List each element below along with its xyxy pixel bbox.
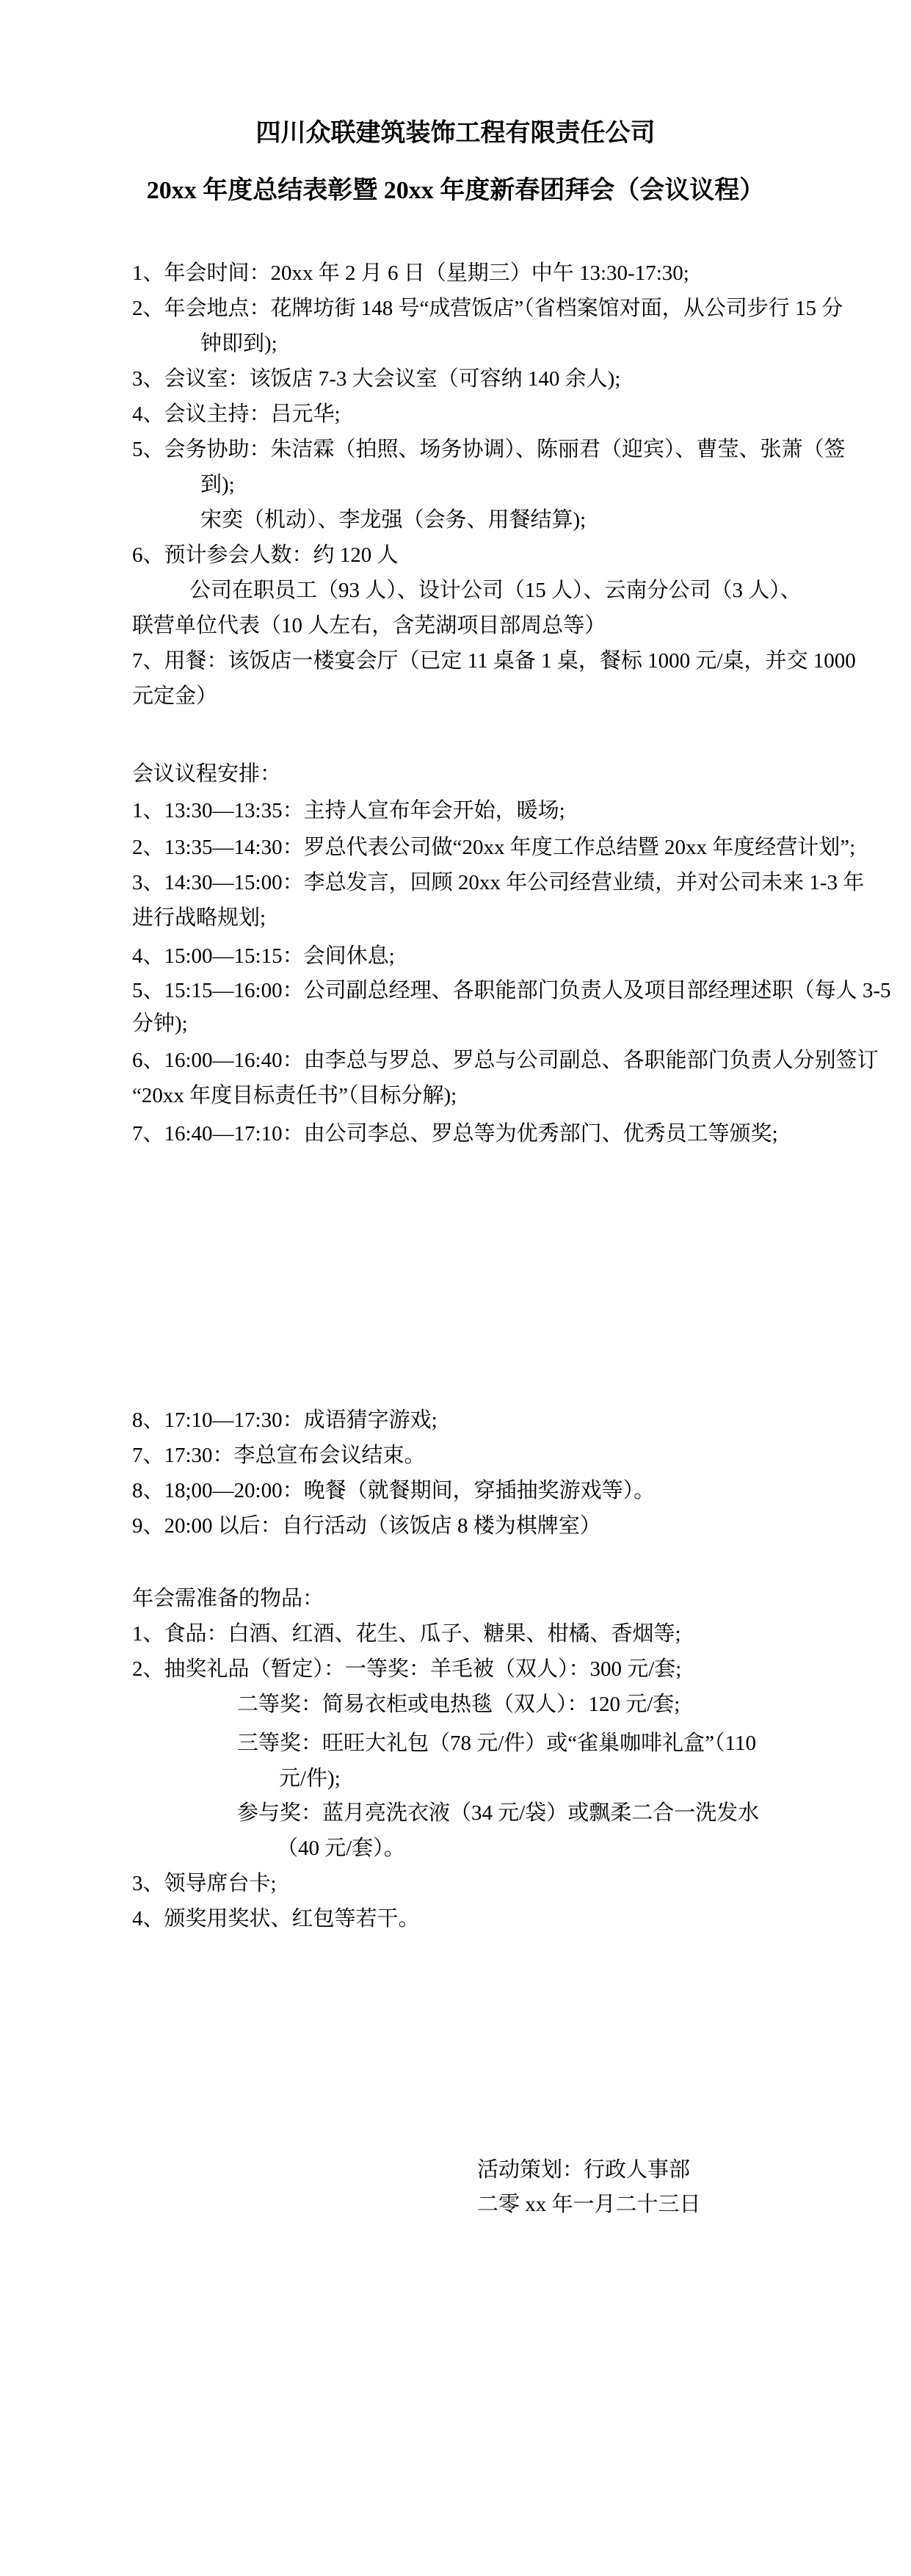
supplies-line: 2、抽奖礼品（暂定）：一等奖：羊毛被（双人）：300 元/套; [132,1656,681,1682]
agenda-line: 进行战略规划; [132,905,266,931]
agenda-line: 5、15:15—16:00：公司副总经理、各职能部门负责人及项目部经理述职（每人… [132,977,891,1004]
basic-info-line: 3、会议室：该饭店 7-3 大会议室（可容纳 140 余人); [132,366,620,392]
basic-info-line: 宋奕（机动）、李龙强（会务、用餐结算); [200,507,586,533]
agenda-line: 8、17:10—17:30：成语猜字游戏; [132,1407,438,1433]
footer-planner: 活动策划：行政人事部 [477,2157,690,2183]
agenda-line: 4、15:00—15:15：会间休息; [132,943,395,969]
agenda-line: 8、18;00—20:00：晚餐（就餐期间，穿插抽奖游戏等）。 [132,1477,655,1504]
supplies-line: 元/件); [279,1765,341,1792]
basic-info-line: 4、会议主持：吕元华; [132,401,341,427]
supplies-line: 1、食品：白酒、红酒、花生、瓜子、糖果、柑橘、香烟等; [132,1621,681,1647]
agenda-line: 1、13:30—13:35：主持人宣布年会开始，暖场; [132,797,565,824]
basic-info-line: 5、会务协助：朱洁霖（拍照、场务协调）、陈丽君（迎宾）、曹莹、张萧（签 [132,436,846,463]
agenda-line: 2、13:35—14:30：罗总代表公司做“20xx 年度工作总结暨 20xx … [132,834,855,861]
agenda-line: 7、17:30：李总宣布会议结束。 [132,1442,426,1469]
document-subtitle: 20xx 年度总结表彰暨 20xx 年度新春团拜会（会议议程） [0,175,911,207]
footer-date: 二零 xx 年一月二十三日 [477,2191,701,2218]
basic-info-line: 元定金） [132,683,217,709]
document-title: 四川众联建筑装饰工程有限责任公司 [0,117,911,150]
agenda-line: 9、20:00 以后：自行活动（该饭店 8 楼为棋牌室） [132,1513,601,1539]
basic-info-line: 7、用餐：该饭店一楼宴会厅（已定 11 桌备 1 桌，餐标 1000 元/桌，并… [132,648,856,674]
basic-info-line: 联营单位代表（10 人左右，含芜湖项目部周总等） [132,612,606,639]
agenda-heading: 会议议程安排： [132,761,281,787]
supplies-line: 三等奖：旺旺大礼包（78 元/件）或“雀巢咖啡礼盒”（110 [237,1730,756,1756]
basic-info-line: 到); [200,471,235,498]
supplies-line: 3、领导席台卡; [132,1870,277,1897]
agenda-line: “20xx 年度目标责任书”（目标分解); [132,1082,457,1109]
agenda-line: 分钟); [132,1010,188,1037]
basic-info-line: 2、年会地点：花牌坊街 148 号“成营饭店”（省档案馆对面，从公司步行 15 … [132,295,843,322]
supplies-heading: 年会需准备的物品： [132,1585,324,1612]
basic-info-line: 钟即到); [200,330,277,357]
document-page: 四川众联建筑装饰工程有限责任公司 20xx 年度总结表彰暨 20xx 年度新春团… [0,0,911,2576]
agenda-line: 7、16:40—17:10：由公司李总、罗总等为优秀部门、优秀员工等颁奖; [132,1121,778,1147]
basic-info-line: 1、年会时间：20xx 年 2 月 6 日（星期三）中午 13:30-17:30… [132,260,689,286]
basic-info-line: 公司在职员工（93 人）、设计公司（15 人）、云南分公司（3 人）、 [189,577,802,604]
supplies-line: （40 元/套）。 [277,1835,405,1862]
agenda-line: 3、14:30—15:00：李总发言，回顾 20xx 年公司经营业绩，并对公司未… [132,869,864,896]
supplies-line: 4、颁奖用奖状、红包等若干。 [132,1906,420,1932]
agenda-line: 6、16:00—16:40：由李总与罗总、罗总与公司副总、各职能部门负责人分别签… [132,1047,879,1074]
supplies-line: 参与奖：蓝月亮洗衣液（34 元/袋）或飘柔二合一洗发水 [237,1800,759,1826]
basic-info-line: 6、预计参会人数：约 120 人 [132,542,399,568]
supplies-line: 二等奖：简易衣柜或电热毯（双人）：120 元/套; [237,1691,680,1718]
